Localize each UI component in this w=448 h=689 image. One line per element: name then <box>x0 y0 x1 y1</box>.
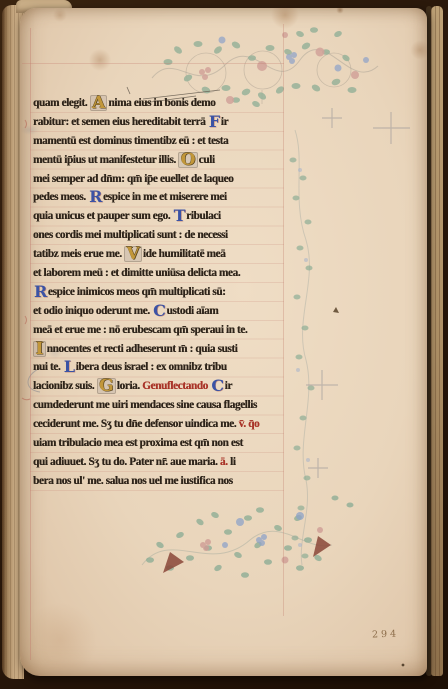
body-text: rabitur: et semen eius hereditabit terrā <box>33 116 208 128</box>
gold-initial: G <box>98 379 115 393</box>
body-text: ide humilitatē meā <box>143 248 226 260</box>
body-text: meā et erue me : nō erubescam qm̄ sperau… <box>33 324 247 336</box>
text-line: qui adiuuet. Sʒ tu do. Pater nr̄. aue ma… <box>33 453 286 472</box>
rubric-text: ā. <box>220 456 228 468</box>
text-line: uiam tribulacio mea est proxima est qm̄ … <box>33 434 286 453</box>
text-line: mentū ip̄ius ut manifestetur illis. Ocul… <box>33 151 286 170</box>
body-text: ones cordis mei multiplicati sunt : de n… <box>33 229 228 241</box>
blue-initial: C <box>153 304 165 318</box>
body-text: ibera deus israel : ex omnibz tribu <box>76 361 227 373</box>
blue-initial: C <box>211 379 223 393</box>
manuscript-text: quam elegit. Anima eius in bonis demorab… <box>33 94 286 491</box>
text-line: lacionibz suis. Gloria. Genuflectando Ci… <box>33 377 286 396</box>
text-line: ceciderunt me. Sʒ tu dn̄e defensor uindi… <box>33 415 286 434</box>
text-line: pedes meos. Respice in me et miserere me… <box>33 188 286 207</box>
body-text: loria. <box>117 380 142 392</box>
body-text: uiam tribulacio mea est proxima est qm̄ … <box>33 437 243 449</box>
text-line: rabitur: et semen eius hereditabit terrā… <box>33 113 286 132</box>
text-line: et odio iniquo oderunt me. Custodi aīam <box>33 302 286 321</box>
body-text: bera nos ul' me. salua nos uel me iustif… <box>33 475 233 487</box>
body-text: ir <box>221 116 228 128</box>
blue-initial: T <box>174 209 186 223</box>
book-fore-edge <box>431 6 443 676</box>
gold-initial: V <box>125 247 141 261</box>
body-text: pedes meos. <box>33 191 88 203</box>
body-text: li <box>228 456 236 468</box>
body-text: culi <box>199 154 215 166</box>
body-text: mamentū est dominus timentibz eū : et te… <box>33 135 228 147</box>
blue-initial: R <box>89 190 102 204</box>
text-line: meā et erue me : nō erubescam qm̄ sperau… <box>33 321 286 340</box>
gold-initial: O <box>179 153 196 167</box>
body-text: nui te. <box>33 361 63 373</box>
body-text: nima eius in bonis demo <box>108 97 215 109</box>
body-text: quam elegit. <box>33 97 90 109</box>
body-text: mentū ip̄ius ut manifestetur illis. <box>33 154 178 166</box>
body-text: espice in me et miserere mei <box>103 191 227 203</box>
manuscript-photo: quam elegit. Anima eius in bonis demorab… <box>0 0 448 689</box>
body-text: espice inimicos meos qm̄ multiplicati sū… <box>48 286 226 298</box>
body-text: ir <box>225 380 232 392</box>
text-line: cumdederunt me uiri mendaces sine causa … <box>33 396 286 415</box>
rubric-text: Genuflectando <box>142 380 210 392</box>
text-line: bera nos ul' me. salua nos uel me iustif… <box>33 472 286 491</box>
folio-number: 294 <box>372 629 400 641</box>
text-line: nui te. Libera deus israel : ex omnibz t… <box>33 358 286 377</box>
text-line: et laborem meū : et dimitte uniūsa delic… <box>33 264 286 283</box>
text-line: Respice inimicos meos qm̄ multiplicati s… <box>33 283 286 302</box>
body-text: ribulaci <box>186 210 220 222</box>
text-line: quam elegit. Anima eius in bonis demo <box>33 94 286 113</box>
body-text: et laborem meū : et dimitte uniūsa delic… <box>33 267 240 279</box>
text-line: tatibz meis erue me. Vide humilitatē meā <box>33 245 286 264</box>
gold-initial: A <box>91 96 107 110</box>
body-text: cumdederunt me uiri mendaces sine causa … <box>33 399 257 411</box>
body-text: lacionibz suis. <box>33 380 97 392</box>
blue-initial: F <box>209 115 220 129</box>
body-text: ustodi aīam <box>166 305 218 317</box>
text-line: ones cordis mei multiplicati sunt : de n… <box>33 226 286 245</box>
body-text: ceciderunt me. Sʒ tu dn̄e defensor uindi… <box>33 418 239 430</box>
body-text: quia unicus et pauper sum ego. <box>33 210 173 222</box>
gold-initial: I <box>34 342 45 356</box>
text-line: mamentū est dominus timentibz eū : et te… <box>33 132 286 151</box>
body-text: nnocentes et recti adheserunt m̄ : quia … <box>47 343 238 355</box>
rubric-text: v̄. q̄o <box>239 418 260 430</box>
body-text: qui adiuuet. Sʒ tu do. Pater nr̄. aue ma… <box>33 456 220 468</box>
text-line: Innocentes et recti adheserunt m̄ : quia… <box>33 340 286 359</box>
text-line: quia unicus et pauper sum ego. Tribulaci <box>33 207 286 226</box>
blue-initial: R <box>34 285 47 299</box>
body-text: tatibz meis erue me. <box>33 248 124 260</box>
ruling-line-top <box>22 63 284 64</box>
body-text: mei semper ad dn̄m: qm̄ ip̄e euellet de … <box>33 173 233 185</box>
blue-initial: L <box>64 360 75 374</box>
body-text: et odio iniquo oderunt me. <box>33 305 152 317</box>
text-line: mei semper ad dn̄m: qm̄ ip̄e euellet de … <box>33 170 286 189</box>
